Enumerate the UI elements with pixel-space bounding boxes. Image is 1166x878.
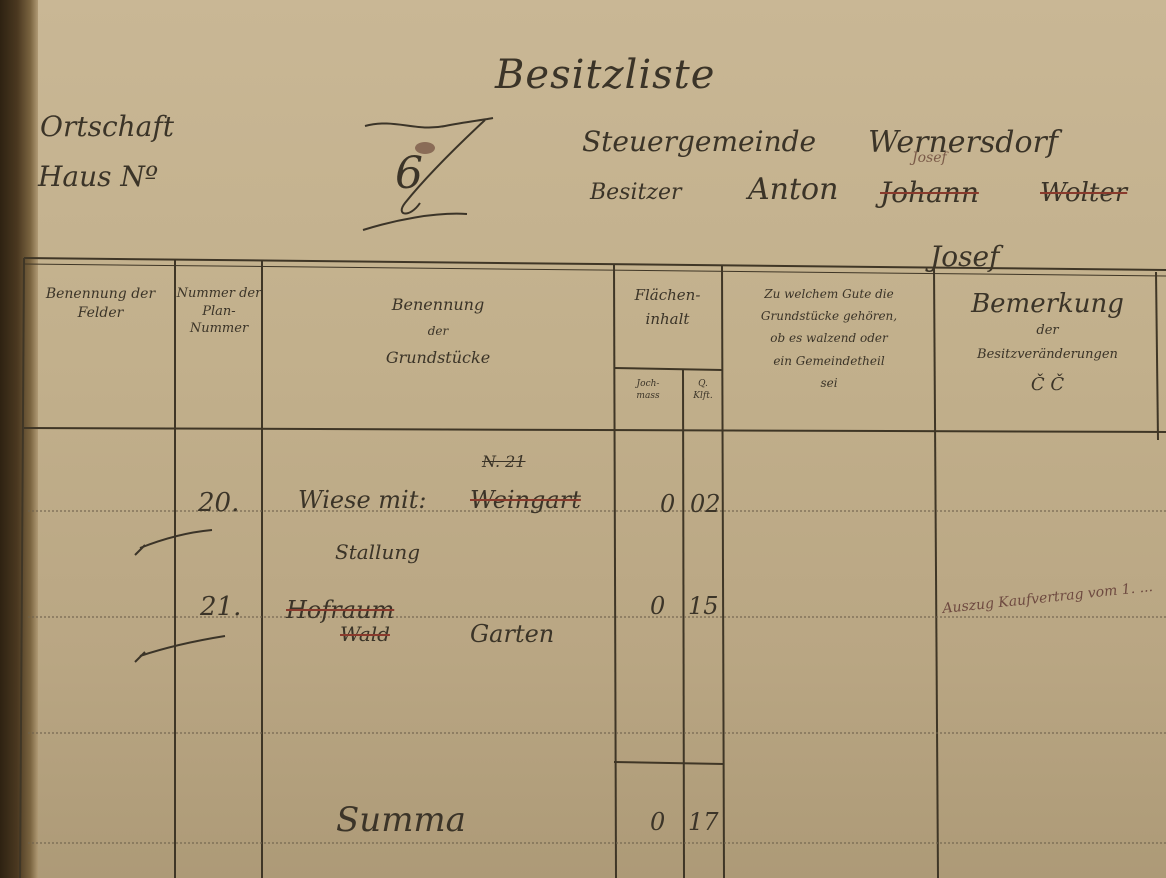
dotted-row-line [28,732,1166,734]
parcel-note-struck: N. 21 [482,452,526,471]
besitzer-above-note: Josef [912,150,947,166]
header-line: der [268,320,608,343]
header-line: Grundstücke [268,343,608,373]
page-title: Besitzliste [495,52,715,98]
summa-joch: 0 [650,808,665,836]
summa-label: Summa [336,800,466,840]
plan-number: 20. [198,488,239,518]
header-line: Grundstücke gehören, [726,305,932,327]
header-line: Benennung [268,290,608,320]
book-binding [0,0,38,878]
parcel-description: Garten [470,620,554,648]
dotted-row-line [28,842,1166,844]
header-line: Bemerkung [935,290,1160,319]
header-line: ein Gemeindetheil [726,350,932,372]
besitzer-label: Besitzer [590,180,681,205]
dotted-row-line [28,616,1166,618]
besitzer-added-name: Josef [930,240,999,273]
header-line: Č Č [935,368,1160,402]
besitzer-name: Anton [748,172,838,207]
header-line: sei [726,372,932,394]
parcel-description-struck: Weingart [470,486,581,514]
header-line: der [935,319,1160,344]
header-line: Besitzveränderungen [935,343,1160,368]
folio-number: 6 [395,148,423,199]
folio-flourish-icon [355,108,505,238]
header-line: mass [615,390,681,402]
header-joch: Joch- mass [615,378,681,402]
remark-text: Auszug Kaufvertrag vom 1. ... [942,579,1154,617]
header-line: ob es walzend oder [726,327,932,349]
header-flaecheninhalt: Flächen- inhalt [615,283,720,331]
header-line: Joch- [615,378,681,390]
area-joch: 0 [660,490,675,518]
header-bemerkung: Bemerkung der Besitzveränderungen Č Č [935,290,1160,402]
besitzer-struck-name: Johann [880,176,979,209]
area-quadratklafter: 15 [688,592,719,620]
parcel-description: Wiese mit: [298,486,426,514]
header-line: Zu welchem Gute die [726,283,932,305]
parcel-description-struck: Hofraum [286,596,394,624]
area-quadratklafter: 02 [690,490,721,518]
parcel-description-struck: Wald [340,622,390,646]
ortschaft-label: Ortschaft [40,110,174,143]
area-joch: 0 [650,592,665,620]
header-zugehoerigkeit: Zu welchem Gute die Grundstücke gehören,… [726,283,932,394]
header-benennung-grundstuecke: Benennung der Grundstücke [268,290,608,374]
header-line: inhalt [615,307,720,331]
plan-number: 21. [200,592,241,622]
steuergemeinde-value: Wernersdorf [868,125,1058,160]
parcel-description-line2: Stallung [335,540,420,564]
besitzer-struck-name: Wolter [1040,178,1127,208]
header-line: Q. [684,378,722,390]
header-line: Flächen- [615,283,720,307]
header-quadratklafter: Q. Klft. [684,378,722,402]
header-line: Klft. [684,390,722,402]
summa-quadratklafter: 17 [688,808,719,836]
header-benennung-felder: Benennung der Felder [28,285,173,323]
haus-number-label: Haus Nº [38,160,158,193]
steuergemeinde-label: Steuergemeinde [582,125,816,158]
header-plan-nummer: Nummer der Plan-Nummer [176,285,262,338]
